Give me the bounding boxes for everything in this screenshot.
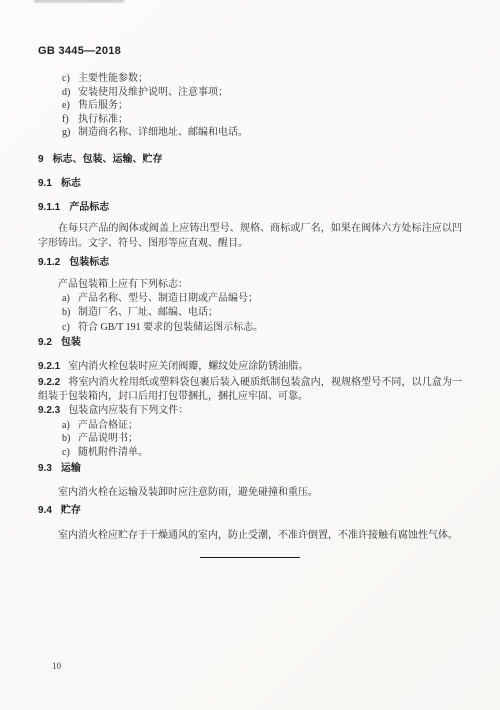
section-9-2-clauses: 9.2.1室内消火栓包装时应关闭阀瓣，螺纹处应涂防锈油脂。 9.2.2将室内消火… xyxy=(38,359,462,418)
section-title: 包装 xyxy=(61,337,81,348)
section-number: 9 xyxy=(38,154,44,165)
section-9-3-heading: 9.3运输 xyxy=(38,462,462,476)
list-item-text: 制造商名称、详细地址、邮编和电话。 xyxy=(78,126,462,140)
section-title: 运输 xyxy=(61,463,81,474)
clause-9-2-1: 9.2.1室内消火栓包装时应关闭阀瓣，螺纹处应涂防锈油脂。 xyxy=(38,359,462,374)
paragraph-9-3: 室内消火栓在运输及装卸时应注意防雨，避免碰撞和重压。 xyxy=(38,485,462,500)
list-item-label: d) xyxy=(62,86,78,100)
page-number: 10 xyxy=(52,661,61,671)
list-item-text: 产品说明书； xyxy=(78,432,462,446)
box-documents-list: a) 产品合格证； b) 产品说明书； c) 随机附件清单。 xyxy=(38,419,462,460)
list-item-label: c) xyxy=(62,321,78,336)
list-item-label: b) xyxy=(62,306,78,321)
list-item-text: 产品合格证； xyxy=(78,419,462,433)
section-9-1-heading: 9.1标志 xyxy=(38,177,462,191)
section-number: 9.1.2 xyxy=(38,257,60,268)
packaging-marks-list: a) 产品名称、型号、制造日期或产品编号； b) 制造厂名、厂址、邮编、电话； … xyxy=(38,292,462,336)
section-number: 9.4 xyxy=(38,505,52,516)
list-item: c) 符合 GB/T 191 要求的包装储运图示标志。 xyxy=(62,321,462,336)
paragraph-9-1-1: 在每只产品的阀体或阀盖上应铸出型号、规格、商标或厂名，如果在阀体六方处标注应以凹… xyxy=(38,221,462,251)
section-title: 贮存 xyxy=(61,505,81,516)
clause-number: 9.2.3 xyxy=(38,405,60,416)
list-item: a) 产品合格证； xyxy=(62,419,462,433)
scan-artifact xyxy=(34,0,124,2)
standard-number-header: GB 3445—2018 xyxy=(38,44,462,58)
list-item: c) 随机附件清单。 xyxy=(62,446,462,460)
section-9-heading: 9标志、包装、运输、贮存 xyxy=(38,153,462,167)
list-item: b) 产品说明书； xyxy=(62,432,462,446)
list-item: c) 主要性能参数； xyxy=(62,72,462,86)
list-item: a) 产品名称、型号、制造日期或产品编号； xyxy=(62,292,462,307)
section-title: 产品标志 xyxy=(69,202,109,213)
section-number: 9.1.1 xyxy=(38,202,60,213)
section-9-1-2-heading: 9.1.2包装标志 xyxy=(38,256,462,270)
list-item-text: 安装使用及维护说明、注意事项； xyxy=(78,86,462,100)
document-page: GB 3445—2018 c) 主要性能参数； d) 安装使用及维护说明、注意事… xyxy=(0,0,500,710)
section-9-2-heading: 9.2包装 xyxy=(38,336,462,350)
section-9-4-heading: 9.4贮存 xyxy=(38,504,462,518)
section-title: 包装标志 xyxy=(69,257,109,268)
section-title: 标志、包装、运输、贮存 xyxy=(53,154,163,165)
list-item-label: f) xyxy=(62,113,78,127)
list-item-label: c) xyxy=(62,446,78,460)
list-item-label: e) xyxy=(62,99,78,113)
clause-text: 包装盒内应装有下列文件： xyxy=(68,405,188,416)
section-number: 9.1 xyxy=(38,178,52,189)
list-item: f) 执行标准； xyxy=(62,113,462,127)
list-item-text: 主要性能参数； xyxy=(78,72,462,86)
clause-9-2-3: 9.2.3包装盒内应装有下列文件： xyxy=(38,404,462,418)
list-item-text: 符合 GB/T 191 要求的包装储运图示标志。 xyxy=(78,321,462,336)
list-item: e) 售后服务； xyxy=(62,99,462,113)
list-item-text: 随机附件清单。 xyxy=(78,446,462,460)
section-number: 9.2 xyxy=(38,337,52,348)
clause-number: 9.2.2 xyxy=(38,377,60,388)
list-item-text: 制造厂名、厂址、邮编、电话； xyxy=(78,306,462,321)
clause-text: 室内消火栓包装时应关闭阀瓣，螺纹处应涂防锈油脂。 xyxy=(68,361,308,372)
list-item: b) 制造厂名、厂址、邮编、电话； xyxy=(62,306,462,321)
lettered-list-continuation: c) 主要性能参数； d) 安装使用及维护说明、注意事项； e) 售后服务； f… xyxy=(38,72,462,140)
list-item-label: a) xyxy=(62,292,78,307)
section-9-1-1-heading: 9.1.1产品标志 xyxy=(38,201,462,215)
clause-9-2-2: 9.2.2将室内消火栓用纸或塑料袋包裹后装入硬质纸制包装盒内，视规格型号不同，以… xyxy=(38,376,462,404)
section-title: 标志 xyxy=(61,178,81,189)
list-item-text: 售后服务； xyxy=(78,99,462,113)
list-item-label: g) xyxy=(62,126,78,140)
list-item: g) 制造商名称、详细地址、邮编和电话。 xyxy=(62,126,462,140)
paragraph-9-1-2-intro: 产品包装箱上应有下列标志： xyxy=(38,277,462,292)
clause-text: 将室内消火栓用纸或塑料袋包裹后装入硬质纸制包装盒内，视规格型号不同，以几盒为一组… xyxy=(38,377,462,402)
end-of-document-rule xyxy=(200,557,300,558)
list-item-text: 产品名称、型号、制造日期或产品编号； xyxy=(78,292,462,307)
list-item-text: 执行标准； xyxy=(78,113,462,127)
paragraph-9-4: 室内消火栓应贮存于干燥通风的室内，防止受潮，不准许倒置，不准许接触有腐蚀性气体。 xyxy=(38,528,462,543)
clause-number: 9.2.1 xyxy=(38,361,60,372)
list-item-label: b) xyxy=(62,432,78,446)
list-item-label: a) xyxy=(62,419,78,433)
section-number: 9.3 xyxy=(38,463,52,474)
list-item: d) 安装使用及维护说明、注意事项； xyxy=(62,86,462,100)
list-item-label: c) xyxy=(62,72,78,86)
